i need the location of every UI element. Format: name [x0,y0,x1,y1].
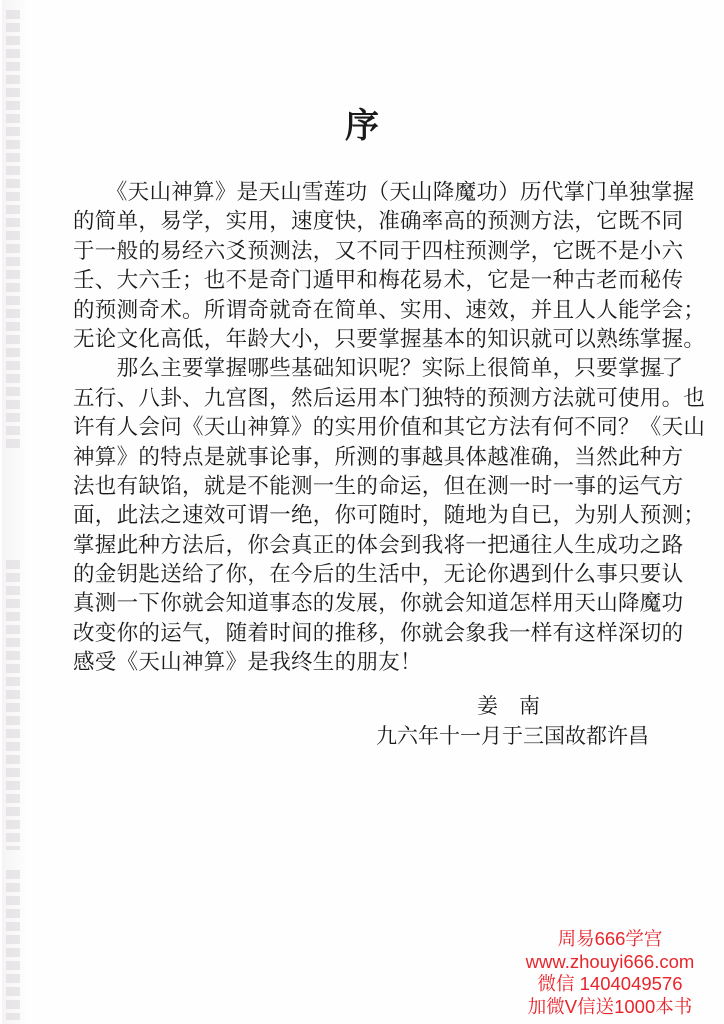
text-line: 无论文化高低，年龄大小，只要掌握基本的知识就可以熟练掌握。 [73,325,653,354]
text-line: 感受《天山神算》是我终生的朋友！ [73,648,653,677]
bleed-through-text [6,10,20,450]
text-line: 那么主要掌握哪些基础知识呢？实际上很简单，只要掌握了 [73,354,653,383]
watermark-line: 微信 1404049576 [500,973,720,996]
watermark-line: www.zhouyi666.com [500,951,720,974]
watermark: 周易666学宫 www.zhouyi666.com 微信 1404049576 … [500,928,720,1018]
text-line: 许有人会问《天山神算》的实用价值和其它方法有何不同？《天山 [73,413,653,442]
bleed-through-text [6,560,20,850]
text-line: 神算》的特点是就事论事，所测的事越具体越准确，当然此种方 [73,443,653,472]
text-line: 法也有缺馅，就是不能测一生的命运，但在测一时一事的运气方 [73,472,653,501]
scan-speck [657,222,660,225]
scanned-page: 序 《天山神算》是天山雪莲功（天山降魔功）历代掌门单独掌握 的简单，易学，实用，… [0,0,724,1024]
author-signature: 姜 南 [477,690,540,720]
text-line: 真测一下你就会知道事态的发展，你就会知道怎样用天山降魔功 [73,589,653,618]
page-title: 序 [0,98,724,147]
text-line: 壬、大六壬；也不是奇门遁甲和梅花易术，它是一种古老而秘传 [73,266,653,295]
watermark-line: 周易666学宫 [500,928,720,951]
text-line: 面，此法之速效可谓一绝，你可随时，随地为自已，为别人预测； [73,501,653,530]
watermark-line: 加微V信送1000本书 [500,996,720,1019]
preface-body: 《天山神算》是天山雪莲功（天山降魔功）历代掌门单独掌握 的简单，易学，实用，速度… [73,178,653,678]
bleed-through-text [6,870,20,1020]
text-line: 的预测奇术。所谓奇就奇在简单、实用、速效，并且人人能学会； [73,296,653,325]
text-line: 五行、八卦、九宫图，然后运用本门独特的预测方法就可使用。也 [73,384,653,413]
scan-mark [650,373,664,374]
text-line: 《天山神算》是天山雪莲功（天山降魔功）历代掌门单独掌握 [73,178,653,207]
text-line: 于一般的易经六爻预测法，又不同于四柱预测学，它既不是小六 [73,237,653,266]
text-line: 的金钥匙送给了你，在今后的生活中，无论你遇到什么事只要认 [73,560,653,589]
date-place-line: 九六年十一月于三国故都许昌 [376,720,649,750]
text-line: 掌握此种方法后，你会真正的体会到我将一把通往人生成功之路 [73,531,653,560]
text-line: 改变你的运气，随着时间的推移，你就会象我一样有这样深切的 [73,619,653,648]
text-line: 的简单，易学，实用，速度快，准确率高的预测方法，它既不同 [73,207,653,236]
